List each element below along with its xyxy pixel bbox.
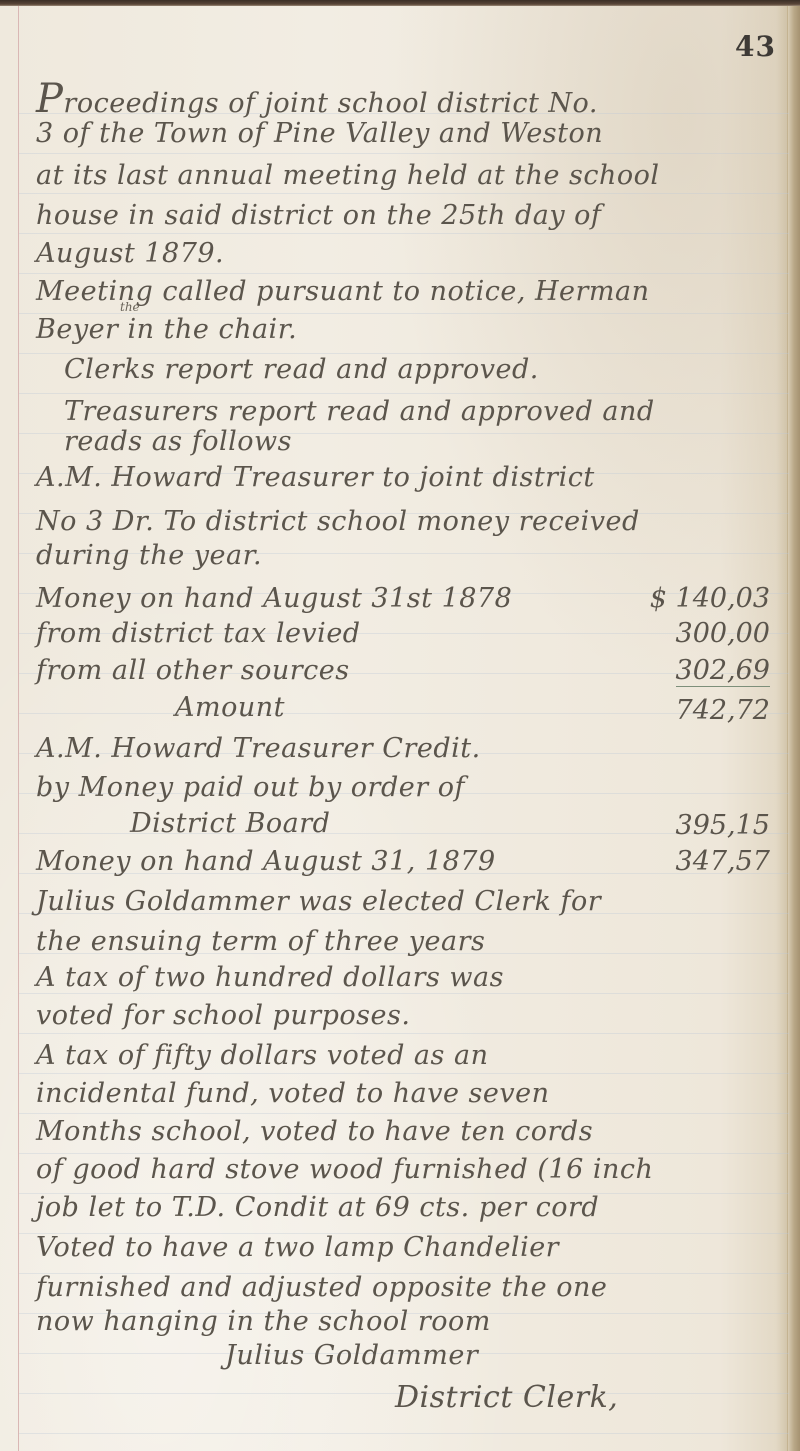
resolution-line: now hanging in the school room xyxy=(36,1306,491,1337)
ruled-line xyxy=(19,233,789,234)
ruled-line xyxy=(19,1033,789,1034)
book-binding-edge xyxy=(787,6,800,1451)
ruled-line xyxy=(19,993,789,994)
ledger-label: Money on hand August 31, 1879 xyxy=(36,846,496,877)
resolution-line: Months school, voted to have ten cords xyxy=(36,1116,593,1147)
resolution-line: furnished and adjusted opposite the one xyxy=(36,1272,607,1303)
resolution-line: job let to T.D. Condit at 69 cts. per co… xyxy=(36,1192,599,1223)
ledger-amount: $ 140,03 xyxy=(650,583,770,614)
heading-line: house in said district on the 25th day o… xyxy=(36,200,601,231)
ruled-line xyxy=(19,193,789,194)
signature-name: Julius Goldammer xyxy=(225,1340,478,1371)
heading-line: 3 of the Town of Pine Valley and Weston xyxy=(36,118,603,149)
ledger-label: Money on hand August 31st 1878 xyxy=(36,583,512,614)
meeting-line: reads as follows xyxy=(64,426,292,457)
heading-line: at its last annual meeting held at the s… xyxy=(36,160,660,191)
resolution-line: Voted to have a two lamp Chandelier xyxy=(36,1232,559,1263)
ruled-line xyxy=(19,153,789,154)
ledger-label: by Money paid out by order of xyxy=(36,772,465,803)
ledger-amount: 302,69 xyxy=(676,655,770,687)
ledger-amount: 395,15 xyxy=(676,810,770,841)
resolution-line: Julius Goldammer was elected Clerk for xyxy=(36,886,601,917)
resolution-line: of good hard stove wood furnished (16 in… xyxy=(36,1154,653,1185)
interlinear-insert: the xyxy=(120,300,140,314)
meeting-line: Treasurers report read and approved and xyxy=(64,396,655,427)
ledger-amount: 300,00 xyxy=(676,618,770,649)
resolution-line: incidental fund, voted to have seven xyxy=(36,1078,549,1109)
ruled-line xyxy=(19,393,789,394)
ledger-total-amount: 742,72 xyxy=(676,695,770,726)
page-top-edge xyxy=(0,0,800,6)
credit-header: A.M. Howard Treasurer Credit. xyxy=(36,733,481,764)
meeting-line: Clerks report read and approved. xyxy=(64,354,539,385)
meeting-line: Beyer in the chair. xyxy=(36,314,297,345)
ledger-label: District Board xyxy=(130,808,330,839)
margin-rule xyxy=(18,6,19,1451)
ledger-total-label: Amount xyxy=(175,692,285,723)
heading-line: Proceedings of joint school district No. xyxy=(36,76,598,122)
ledger-amount: 347,57 xyxy=(676,846,770,877)
resolution-line: A tax of fifty dollars voted as an xyxy=(36,1040,488,1071)
signature-title: District Clerk, xyxy=(395,1380,618,1415)
ruled-line xyxy=(19,1073,789,1074)
ruled-line xyxy=(19,273,789,274)
ruled-line xyxy=(19,713,789,714)
treasurer-line: No 3 Dr. To district school money receiv… xyxy=(36,506,640,537)
resolution-line: A tax of two hundred dollars was xyxy=(36,962,504,993)
ledger-page: 43 Proceedings of joint school district … xyxy=(0,0,800,1451)
ruled-line xyxy=(19,1433,789,1434)
heading-line: August 1879. xyxy=(36,238,224,269)
ruled-line xyxy=(19,1113,789,1114)
resolution-line: voted for school purposes. xyxy=(36,1000,410,1031)
ledger-label: from district tax levied xyxy=(36,618,361,649)
treasurer-line: A.M. Howard Treasurer to joint district xyxy=(36,462,595,493)
resolution-line: the ensuing term of three years xyxy=(36,926,485,957)
page-number: 43 xyxy=(735,30,776,63)
treasurer-line: during the year. xyxy=(36,540,262,571)
ledger-label: from all other sources xyxy=(36,655,350,686)
